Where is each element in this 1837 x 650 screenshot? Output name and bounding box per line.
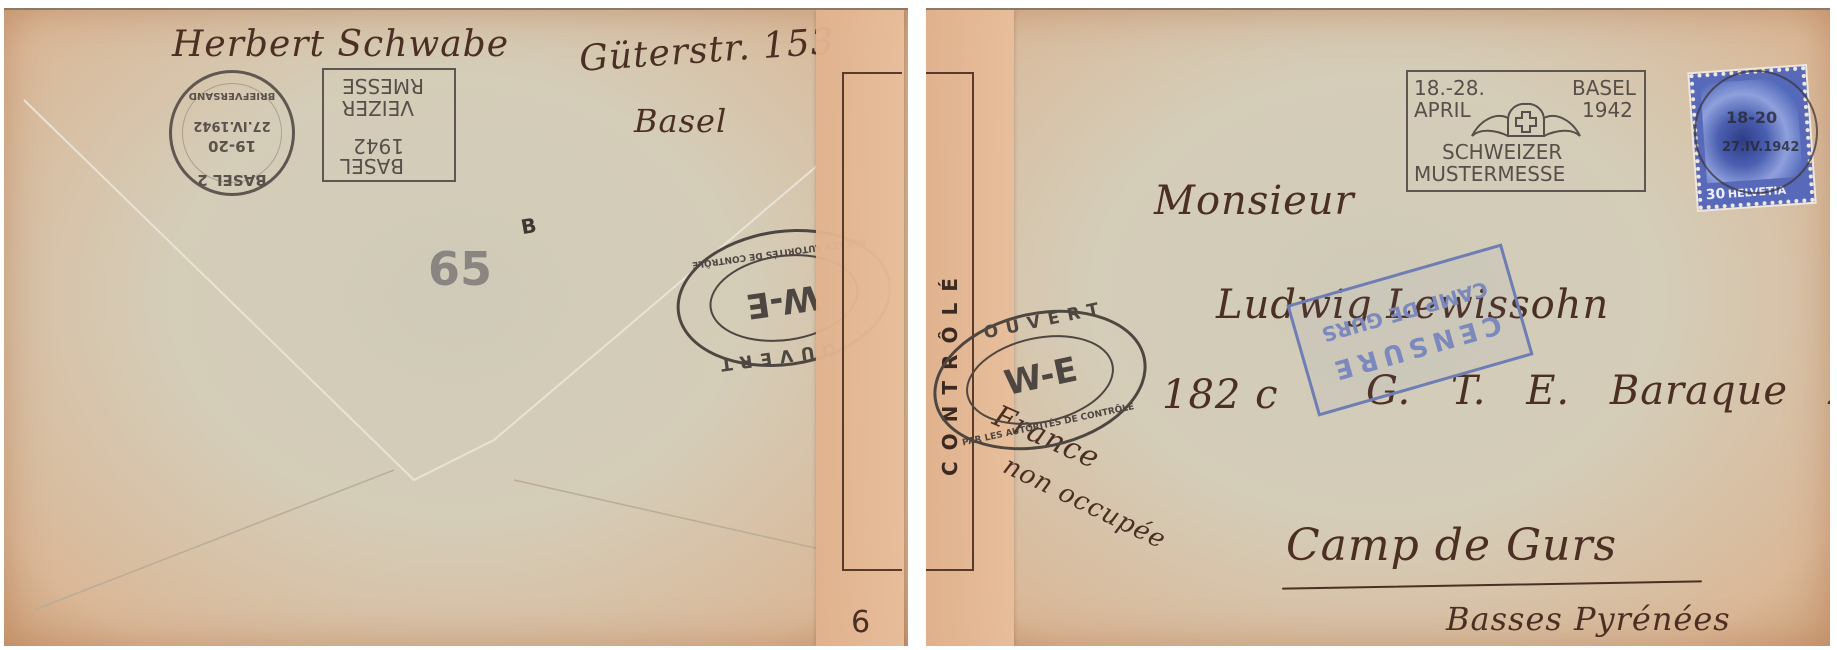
stamp-value: 30	[1705, 186, 1726, 203]
slogan-cancel: 18.-28. APRIL BASEL 1942 SCHWEIZER MUSTE…	[1406, 70, 1646, 192]
sender-name: Herbert Schwabe	[172, 24, 509, 65]
stamp-cancel-ring	[1694, 70, 1818, 194]
address-block-prefix: 182 c	[1162, 372, 1278, 418]
tape-mark: 9	[850, 602, 870, 637]
slogan-line4: MUSTERMESSE	[1414, 162, 1565, 186]
slogan-month: APRIL	[1414, 98, 1471, 122]
stamp-cancel-date: 27.IV.1942	[1722, 140, 1799, 155]
slogan-line4: RMESSE	[342, 74, 424, 98]
address-salutation: Monsieur	[1154, 178, 1355, 224]
slogan-line3: SCHWEIZER	[1442, 140, 1562, 164]
censor-tape: 9	[816, 10, 904, 646]
address-department: Basses Pyrénées	[1446, 600, 1731, 638]
stamp-cancel-time: 18-20	[1726, 108, 1777, 127]
sender-city: Basel	[634, 102, 727, 140]
slogan-dates: 18.-28.	[1414, 76, 1485, 100]
postmark-date: 27.IV.1942	[172, 118, 292, 133]
address-underline	[1282, 580, 1702, 589]
postmark-time: 19-20	[172, 137, 292, 155]
envelope-back: Herbert Schwabe Güterstr. 153 Basel BASE…	[4, 8, 908, 646]
mark-number: 65	[428, 242, 492, 296]
envelope-front: CONTRÔLÉ 18.-28. APRIL BASEL 1942 SCHWEI…	[926, 8, 1830, 646]
address-camp: Camp de Gurs	[1286, 520, 1617, 571]
slogan-city: BASEL	[1572, 76, 1636, 100]
slogan-line3: VEIZER	[342, 96, 414, 120]
basel-postmark: BASEL 2 19-20 27.IV.1942 BRIEFVERSAND	[169, 70, 295, 196]
slogan-year: 1942	[1582, 98, 1633, 122]
postmark-city: BASEL 2	[172, 171, 292, 189]
winged-swiss-cross-icon	[1466, 100, 1586, 140]
postmark-service: BRIEFVERSAND	[172, 90, 292, 101]
slogan-cancel-partial: BASEL 1942 VEIZER RMESSE	[322, 68, 456, 182]
slogan-line2: 1942	[353, 134, 404, 158]
